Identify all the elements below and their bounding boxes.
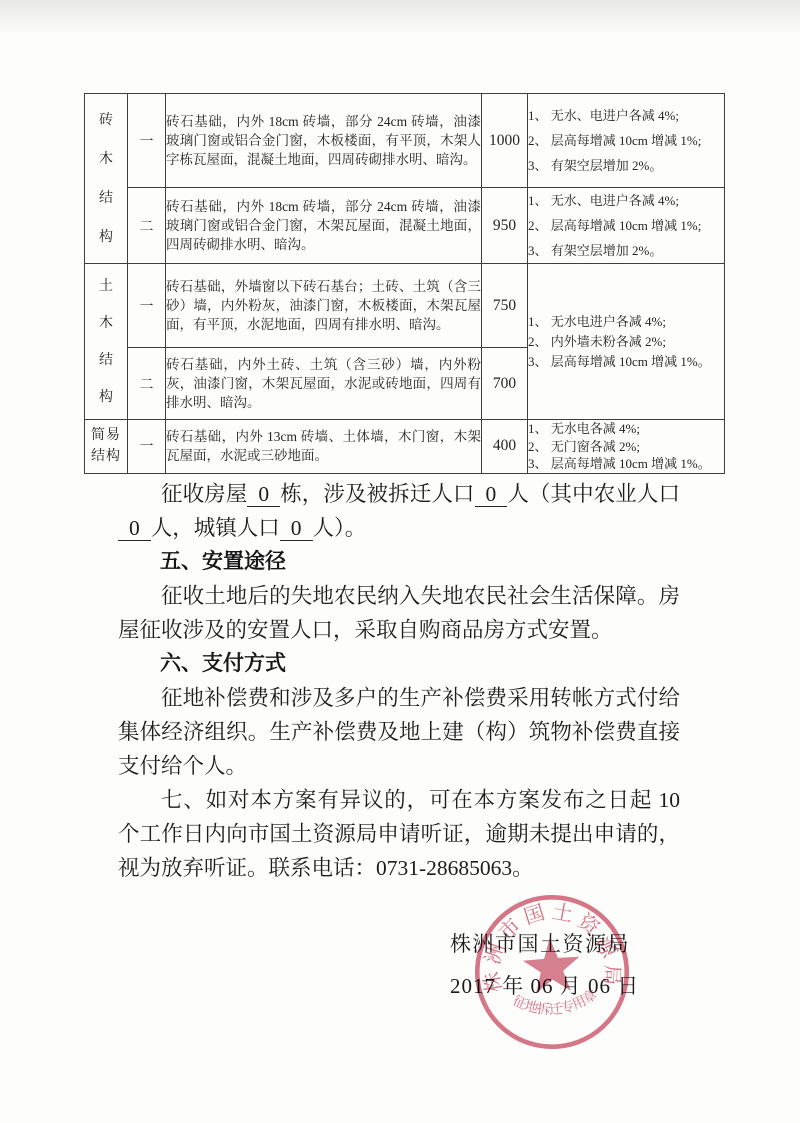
description-cell: 砖石基础，内外 18cm 砖墙，部分 24cm 砖墙，油漆玻璃门窗或铝合金门窗，… xyxy=(166,94,482,188)
housing-paragraph: 征收房屋0栋，涉及被拆迁人口0人（其中农业人口0人，城镇人口0人）。 xyxy=(118,477,680,545)
remark-line: 3、 有架空层增加 2%。 xyxy=(528,238,724,263)
grade-cell: 一 xyxy=(128,94,166,188)
structure-label: 简易结构 xyxy=(91,425,121,467)
remarks-cell: 1、 无水、电进户各减 4%; 2、 层高每增减 10cm 增减 1%; 3、 … xyxy=(528,188,725,264)
remark-line: 2、 层高每增减 10cm 增减 1%; xyxy=(528,128,724,153)
housing-text: 人）。 xyxy=(313,516,367,540)
remark-line: 3、 层高每增减 10cm 增减 1%。 xyxy=(528,455,724,473)
housing-text: 栋，涉及被拆迁人口 xyxy=(280,482,474,506)
value-cell: 950 xyxy=(482,188,528,264)
section-paragraph: 征地补偿费和涉及多户的生产补偿费采用转帐方式付给集体经济组织。生产补偿费及地上建… xyxy=(118,681,680,783)
fill-in-value: 0 xyxy=(118,516,151,541)
remark-line: 1、 无水电进户各减 4%; xyxy=(528,312,724,332)
remark-line: 3、 层高每增减 10cm 增减 1%。 xyxy=(528,352,724,372)
remarks-cell: 1、 无水电各减 4%; 2、 无门窗各减 2%; 3、 层高每增减 10cm … xyxy=(528,420,725,474)
description-cell: 砖石基础，外墙窗以下砖石基台；土砖、土筑（含三砂）墙，内外粉灰，油漆门窗，木板楼… xyxy=(166,264,482,348)
document-page: 砖木结构 一 砖石基础，内外 18cm 砖墙，部分 24cm 砖墙，油漆玻璃门窗… xyxy=(0,0,800,1123)
fill-in-value: 0 xyxy=(280,516,313,541)
description-cell: 砖石基础，内外 13cm 砖墙、土体墙，木门窗，木架瓦屋面，水泥或三砂地面。 xyxy=(166,420,482,474)
fill-in-value: 0 xyxy=(475,482,508,507)
table-row: 土木结构 一 砖石基础，外墙窗以下砖石基台；土砖、土筑（含三砂）墙，内外粉灰，油… xyxy=(85,264,725,348)
grade-cell: 一 xyxy=(128,420,166,474)
remark-line: 1、 无水、电进户各减 4%; xyxy=(528,103,724,128)
table-row: 砖木结构 一 砖石基础，内外 18cm 砖墙，部分 24cm 砖墙，油漆玻璃门窗… xyxy=(85,94,725,188)
seal-star-icon xyxy=(521,936,581,994)
value-cell: 750 xyxy=(482,264,528,348)
seal-bottom-text: 征地拆迁专用章 xyxy=(510,985,602,1020)
compensation-table: 砖木结构 一 砖石基础，内外 18cm 砖墙，部分 24cm 砖墙，油漆玻璃门窗… xyxy=(84,93,725,474)
structure-label: 砖木结构 xyxy=(98,101,114,257)
section-heading-5: 五、安置途径 xyxy=(118,545,680,579)
structure-cell: 土木结构 xyxy=(85,264,128,420)
value-cell: 400 xyxy=(482,420,528,474)
svg-text:征地拆迁专用章: 征地拆迁专用章 xyxy=(510,985,602,1020)
description-cell: 砖石基础，内外 18cm 砖墙，部分 24cm 砖墙，油漆玻璃门窗或铝合金门窗，… xyxy=(166,188,482,264)
remark-line: 3、 有架空层增加 2%。 xyxy=(528,153,724,178)
structure-label: 土木结构 xyxy=(98,268,114,416)
value-cell: 1000 xyxy=(482,94,528,188)
housing-text: 征收房屋 xyxy=(161,482,247,506)
remark-line: 2、 无门窗各减 2%; xyxy=(528,438,724,456)
structure-cell: 砖木结构 xyxy=(85,94,128,264)
remarks-cell: 1、 无水、电进户各减 4%; 2、 层高每增减 10cm 增减 1%; 3、 … xyxy=(528,94,725,188)
table-row: 二 砖石基础，内外 18cm 砖墙，部分 24cm 砖墙，油漆玻璃门窗或铝合金门… xyxy=(85,188,725,264)
remark-line: 1、 无水电各减 4%; xyxy=(528,420,724,438)
official-seal: 株洲市国土资源局 征地拆迁专用章 xyxy=(459,879,645,1065)
remark-line: 2、 层高每增减 10cm 增减 1%; xyxy=(528,213,724,238)
section-heading-6: 六、支付方式 xyxy=(118,647,680,681)
structure-cell: 简易结构 xyxy=(85,420,128,474)
remark-line: 1、 无水、电进户各减 4%; xyxy=(528,188,724,213)
grade-cell: 一 xyxy=(128,264,166,348)
section-paragraph: 征收土地后的失地农民纳入失地农民社会生活保障。房屋征收涉及的安置人口，采取自购商… xyxy=(118,579,680,647)
value-cell: 700 xyxy=(482,348,528,420)
table-row: 简易结构 一 砖石基础，内外 13cm 砖墙、土体墙，木门窗，木架瓦屋面，水泥或… xyxy=(85,420,725,474)
grade-cell: 二 xyxy=(128,188,166,264)
housing-text: 人（其中农业人口 xyxy=(507,482,680,506)
grade-cell: 二 xyxy=(128,348,166,420)
fill-in-value: 0 xyxy=(247,482,280,507)
description-cell: 砖石基础，内外土砖、土筑（含三砂）墙，内外粉灰，油漆门窗，木架瓦屋面，水泥或砖地… xyxy=(166,348,482,420)
document-body: 征收房屋0栋，涉及被拆迁人口0人（其中农业人口0人，城镇人口0人）。 五、安置途… xyxy=(118,477,680,885)
remarks-cell: 1、 无水电进户各减 4%; 2、 内外墙未粉各减 2%; 3、 层高每增减 1… xyxy=(528,264,725,420)
housing-text: 人，城镇人口 xyxy=(151,516,280,540)
remark-line: 2、 内外墙未粉各减 2%; xyxy=(528,332,724,352)
section-paragraph-7: 七、如对本方案有异议的，可在本方案发布之日起 10 个工作日内向市国土资源局申请… xyxy=(118,783,680,885)
